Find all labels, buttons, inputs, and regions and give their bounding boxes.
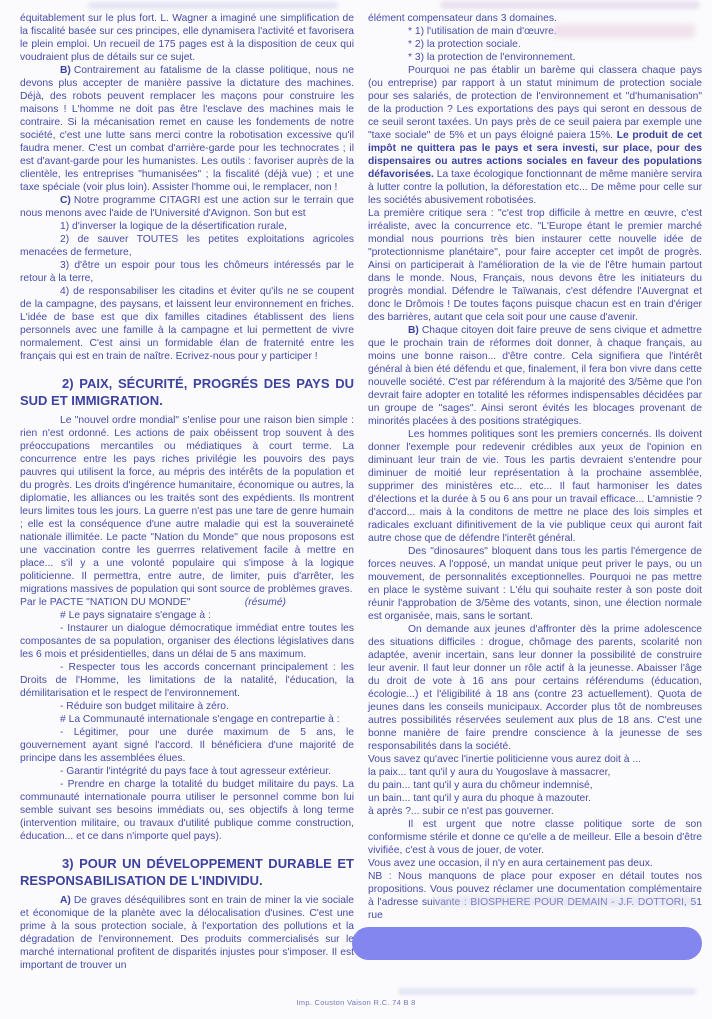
dash-item: - Légitimer, pour une durée maximum de 5…	[20, 726, 354, 765]
paragraph-jeunes: On demande aux jeunes d'affronter dès la…	[368, 623, 702, 753]
paragraph-b: B)Chaque citoyen doit faire preuve de se…	[368, 324, 702, 428]
scanned-document-page: équitablement sur le plus fort. L. Wagne…	[0, 0, 712, 1019]
paragraph-label: A)	[60, 895, 71, 906]
paragraph-c: C)Notre programme CITAGRI est une action…	[20, 194, 354, 220]
section-heading-2: 2) PAIX, SÉCURITÉ, PROGRÉS DES PAYS DU S…	[20, 376, 354, 409]
list-item: * 1) l'utilisation de main d'œuvre.	[368, 25, 702, 38]
dash-item: - Réduire son budget militaire à zéro.	[20, 700, 354, 713]
list-item: 4) de responsabiliser les citadins et év…	[20, 285, 354, 363]
dash-item: - Instaurer un dialogue démocratique imm…	[20, 622, 354, 661]
paragraph-continuation: équitablement sur le plus fort. L. Wagne…	[20, 12, 354, 64]
dash-item: - Prendre en charge la totalité du budge…	[20, 778, 354, 843]
two-column-layout: équitablement sur le plus fort. L. Wagne…	[0, 0, 712, 972]
right-column: élément compensateur dans 3 domaines. * …	[368, 12, 702, 972]
paragraph-urgent: Il est urgent que notre classe politique…	[368, 818, 702, 857]
dash-item: - Respecter tous les accords concernant …	[20, 661, 354, 700]
list-item: * 3) la protection de l'environnement.	[368, 51, 702, 64]
dash-item: - Garantir l'intégrité du pays face à to…	[20, 765, 354, 778]
paragraph-label: B)	[60, 65, 71, 76]
verse-line: la paix... tant qu'il y aura du Yougosla…	[368, 766, 702, 779]
paragraph-a: A)De graves déséquilibres sont en train …	[20, 894, 354, 972]
printer-imprint: Imp. Couston Vaison R.C. 74 B 8	[0, 998, 712, 1007]
paragraph-ordre-mondial: Le "nouvel ordre mondial" s'enlise pour …	[20, 414, 354, 596]
list-item: 2) de sauver TOUTES les petites exploita…	[20, 233, 354, 259]
list-item: 1) d'inverser la logique de la désertifi…	[20, 220, 354, 233]
engagement-line: # Le pays signataire s'engage à :	[20, 609, 354, 622]
paragraph-hommes-politiques: Les hommes politiques sont les premiers …	[368, 428, 702, 545]
ink-bleed-through	[398, 988, 696, 995]
section-heading-3: 3) POUR UN DÉVELOPPEMENT DURABLE ET RESP…	[20, 856, 354, 889]
list-item: 3) d'être un espoir pour tous les chômeu…	[20, 259, 354, 285]
paragraph-bareme: Pourquoi ne pas établir un barème qui cl…	[368, 64, 702, 207]
verse-line: un bain... tant qu'il y aura du phoque à…	[368, 792, 702, 805]
list-item: * 2) la protection sociale.	[368, 38, 702, 51]
paragraph-dinosaures: Des "dinosaures" bloquent dans tous les …	[368, 545, 702, 623]
paragraph-critique: La première critique sera : "c'est trop …	[368, 207, 702, 324]
paragraph-b: B)Contrairement au fatalisme de la class…	[20, 64, 354, 194]
paragraph-label: B)	[408, 325, 419, 336]
paragraph-continuation: élément compensateur dans 3 domaines.	[368, 12, 702, 25]
engagement-line: # La Communauté internationale s'engage …	[20, 713, 354, 726]
redaction-bar	[352, 927, 702, 960]
paragraph-nb: NB : Nous manquons de place pour exposer…	[368, 870, 702, 922]
resume-note: (résumé)	[245, 596, 286, 609]
verse-line: Vous savez qu'avec l'inertie politicienn…	[368, 753, 702, 766]
paragraph-occasion: Vous avez une occasion, il n'y en aura c…	[368, 857, 702, 870]
pacte-title-line: Par le PACTE "NATION DU MONDE"(résumé)	[20, 596, 354, 609]
left-column: équitablement sur le plus fort. L. Wagne…	[20, 12, 354, 972]
verse-line: à après ?... subir ce n'est pas gouverne…	[368, 805, 702, 818]
paragraph-label: C)	[60, 195, 71, 206]
verse-line: du pain... tant qu'il y aura du chômeur …	[368, 779, 702, 792]
